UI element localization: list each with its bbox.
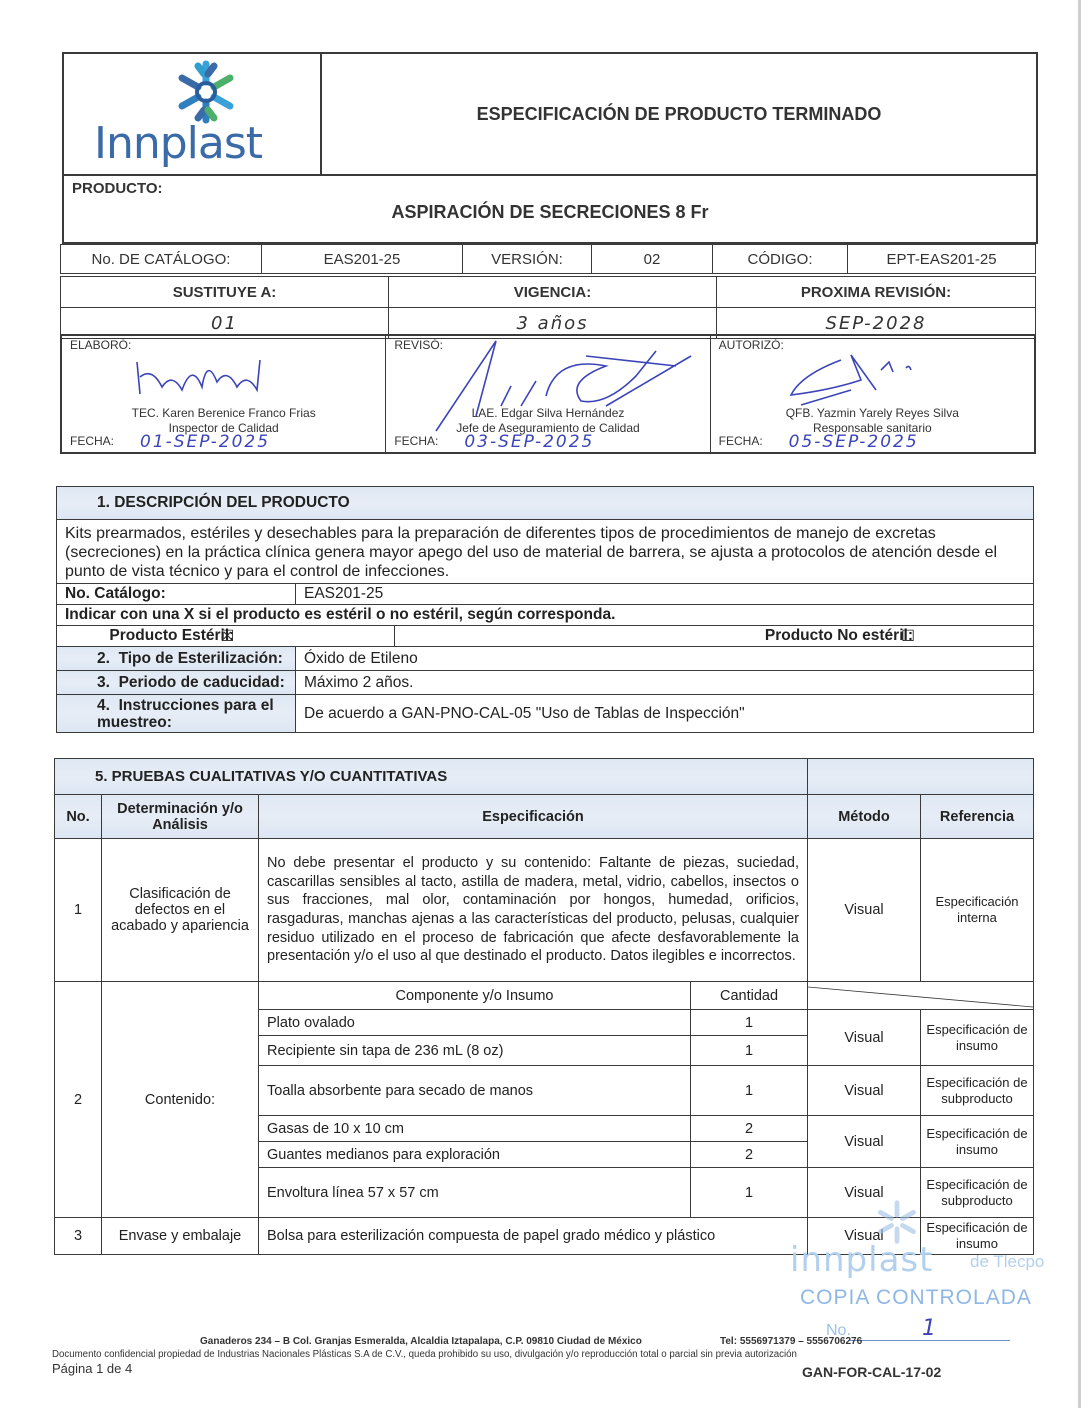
signature-scribble-icon — [781, 350, 941, 410]
component-name: Guantes medianos para exploración — [259, 1142, 691, 1168]
row-number: 4. — [97, 697, 110, 714]
product-name: ASPIRACIÓN DE SECRECIONES 8 Fr — [64, 202, 1036, 223]
col-specification: Especificación — [259, 795, 808, 839]
component-method: Visual — [808, 1066, 921, 1116]
tests-section: 5. PRUEBAS CUALITATIVAS Y/O CUANTITATIVA… — [54, 758, 1034, 1255]
code-label: CÓDIGO: — [713, 245, 848, 274]
sterile-label: Producto Estéril: — [109, 627, 234, 644]
footer-phone: Tel: 5556971379 – 5556706276 — [720, 1336, 862, 1347]
test-reference: Especificación interna — [921, 839, 1034, 982]
form-code: GAN-FOR-CAL-17-02 — [802, 1364, 941, 1380]
signature-reviewed: REVISÓ: LAE. Edgar Silva Hernández Jefe … — [386, 336, 710, 452]
component-name: Plato ovalado — [259, 1010, 691, 1036]
table-row: 2 Contenido: Componente y/o Insumo Canti… — [55, 982, 1034, 1010]
col-reference: Referencia — [921, 795, 1034, 839]
table-row: 1 Clasificación de defectos en el acabad… — [55, 839, 1034, 982]
product-description: Kits prearmados, estériles y desechables… — [57, 520, 1034, 584]
catalog-value: EAS201-25 — [296, 584, 1034, 605]
product-row: PRODUCTO: ASPIRACIÓN DE SECRECIONES 8 Fr — [64, 174, 1036, 244]
signature-block: ELABORÓ: TEC. Karen Berenice Franco Fria… — [60, 334, 1036, 454]
row-label: Instrucciones para el muestreo: — [97, 697, 274, 731]
snowflake-stamp-icon — [875, 1200, 919, 1244]
section-title: 5. PRUEBAS CUALITATIVAS Y/O CUANTITATIVA… — [55, 759, 808, 795]
component-name: Toalla absorbente para secado de manos — [259, 1066, 691, 1116]
stamp-controlled-copy: COPIA CONTROLADA — [800, 1286, 1032, 1310]
test-determination: Clasificación de defectos en el acabado … — [102, 839, 259, 982]
code-value: EPT-EAS201-25 — [848, 245, 1036, 274]
test-determination: Envase y embalaje — [102, 1218, 259, 1255]
date-label: FECHA: — [719, 434, 763, 448]
product-description-section: 1. DESCRIPCIÓN DEL PRODUCTO Kits prearma… — [56, 486, 1034, 733]
next-revision-label: PROXIMA REVISIÓN: — [717, 277, 1036, 308]
signer-name: LAE. Edgar Silva Hernández — [386, 406, 709, 420]
signer-name: TEC. Karen Berenice Franco Frias — [62, 406, 385, 420]
col-method: Método — [808, 795, 921, 839]
section-title: 1. DESCRIPCIÓN DEL PRODUCTO — [57, 487, 1034, 520]
component-qty: 2 — [691, 1116, 808, 1142]
section-title-blank — [808, 759, 1034, 795]
component-name: Envoltura línea 57 x 57 cm — [259, 1168, 691, 1218]
sterile-option: Producto Estéril: ☒ — [57, 626, 395, 647]
row-label: Tipo de Esterilización: — [119, 650, 283, 667]
company-logo: Innplast — [94, 118, 262, 169]
stamp-brand: innplast — [790, 1240, 933, 1280]
expiry-label: 3. Periodo de caducidad: — [57, 671, 296, 695]
test-number: 3 — [55, 1218, 102, 1255]
signature-date: 01-SEP-2025 — [140, 432, 270, 452]
revision-table: SUSTITUYE A: VIGENCIA: PROXIMA REVISIÓN:… — [60, 276, 1036, 339]
catalog-label: No. DE CATÁLOGO: — [61, 245, 262, 274]
component-qty: 1 — [691, 1036, 808, 1066]
logo-cell: Innplast — [64, 54, 322, 174]
catalog-value: EAS201-25 — [262, 245, 463, 274]
signature-date: 05-SEP-2025 — [789, 432, 919, 452]
component-qty: 2 — [691, 1142, 808, 1168]
signature-authorized: AUTORIZÓ: QFB. Yazmin Yarely Reyes Silva… — [711, 336, 1034, 452]
replaces-label: SUSTITUYE A: — [61, 277, 389, 308]
row-number: 2. — [97, 650, 110, 667]
component-qty: 1 — [691, 1066, 808, 1116]
test-determination: Contenido: — [102, 982, 259, 1218]
test-number: 1 — [55, 839, 102, 982]
row-label: Periodo de caducidad: — [119, 674, 285, 691]
page-number: Página 1 de 4 — [52, 1361, 132, 1376]
col-no: No. — [55, 795, 102, 839]
footer-confidential: Documento confidencial propiedad de Indu… — [52, 1349, 797, 1360]
sterile-checkbox[interactable]: ☒ — [220, 627, 234, 646]
controlled-copy-stamp: innplast de Tlecpo COPIA CONTROLADA — [790, 1200, 1050, 1320]
copy-number-value: 1 — [922, 1316, 938, 1341]
component-method: Visual — [808, 1010, 921, 1066]
component-header: Componente y/o Insumo — [259, 982, 691, 1010]
version-label: VERSIÓN: — [463, 245, 592, 274]
diagonal-blank — [808, 982, 1034, 1010]
component-name: Recipiente sin tapa de 236 mL (8 oz) — [259, 1036, 691, 1066]
catalog-label: No. Catálogo: — [57, 584, 296, 605]
catalog-table: No. DE CATÁLOGO: EAS201-25 VERSIÓN: 02 C… — [60, 244, 1036, 274]
quantity-header: Cantidad — [691, 982, 808, 1010]
sterilization-type-value: Óxido de Etileno — [296, 647, 1034, 671]
col-determination: Determinación y/o Análisis — [102, 795, 259, 839]
nonsterile-label: Producto No estéril: — [765, 627, 913, 644]
sampling-label: 4. Instrucciones para el muestreo: — [57, 695, 296, 733]
signature-role-label: AUTORIZÓ: — [719, 338, 784, 352]
sampling-value: De acuerdo a GAN-PNO-CAL-05 "Uso de Tabl… — [296, 695, 1034, 733]
signer-name: QFB. Yazmin Yarely Reyes Silva — [711, 406, 1034, 420]
test-specification: No debe presentar el producto y su conte… — [259, 839, 808, 982]
component-reference: Especificación de insumo — [921, 1010, 1034, 1066]
component-method: Visual — [808, 1116, 921, 1168]
nonsterile-checkbox[interactable]: ☐ — [901, 627, 915, 646]
test-method: Visual — [808, 839, 921, 982]
signature-date: 03-SEP-2025 — [464, 432, 594, 452]
date-label: FECHA: — [70, 434, 114, 448]
document-header: Innplast ESPECIFICACIÓN DE PRODUCTO TERM… — [62, 52, 1038, 244]
component-reference: Especificación de subproducto — [921, 1066, 1034, 1116]
expiry-value: Máximo 2 años. — [296, 671, 1034, 695]
component-qty: 1 — [691, 1010, 808, 1036]
sterility-instruction: Indicar con una X si el producto es esté… — [57, 605, 1034, 626]
version-value: 02 — [592, 245, 713, 274]
component-reference: Especificación de insumo — [921, 1116, 1034, 1168]
signature-role-label: ELABORÓ: — [70, 338, 131, 352]
date-label: FECHA: — [394, 434, 438, 448]
footer-address: Ganaderos 234 – B Col. Granjas Esmeralda… — [200, 1336, 642, 1347]
product-label: PRODUCTO: — [72, 180, 163, 197]
stamp-sub: de Tlecpo — [970, 1252, 1044, 1272]
test-specification: Bolsa para esterilización compuesta de p… — [259, 1218, 808, 1255]
component-name: Gasas de 10 x 10 cm — [259, 1116, 691, 1142]
signature-scribble-icon — [132, 352, 272, 402]
test-number: 2 — [55, 982, 102, 1218]
document-title: ESPECIFICACIÓN DE PRODUCTO TERMINADO — [322, 54, 1036, 174]
signature-elaborated: ELABORÓ: TEC. Karen Berenice Franco Fria… — [62, 336, 386, 452]
row-number: 3. — [97, 674, 110, 691]
snowflake-logo-icon — [174, 60, 238, 124]
validity-label: VIGENCIA: — [389, 277, 717, 308]
scan-edge — [1078, 0, 1081, 1408]
sterilization-type-label: 2. Tipo de Esterilización: — [57, 647, 296, 671]
nonsterile-option: Producto No estéril: ☐ — [395, 626, 1034, 647]
